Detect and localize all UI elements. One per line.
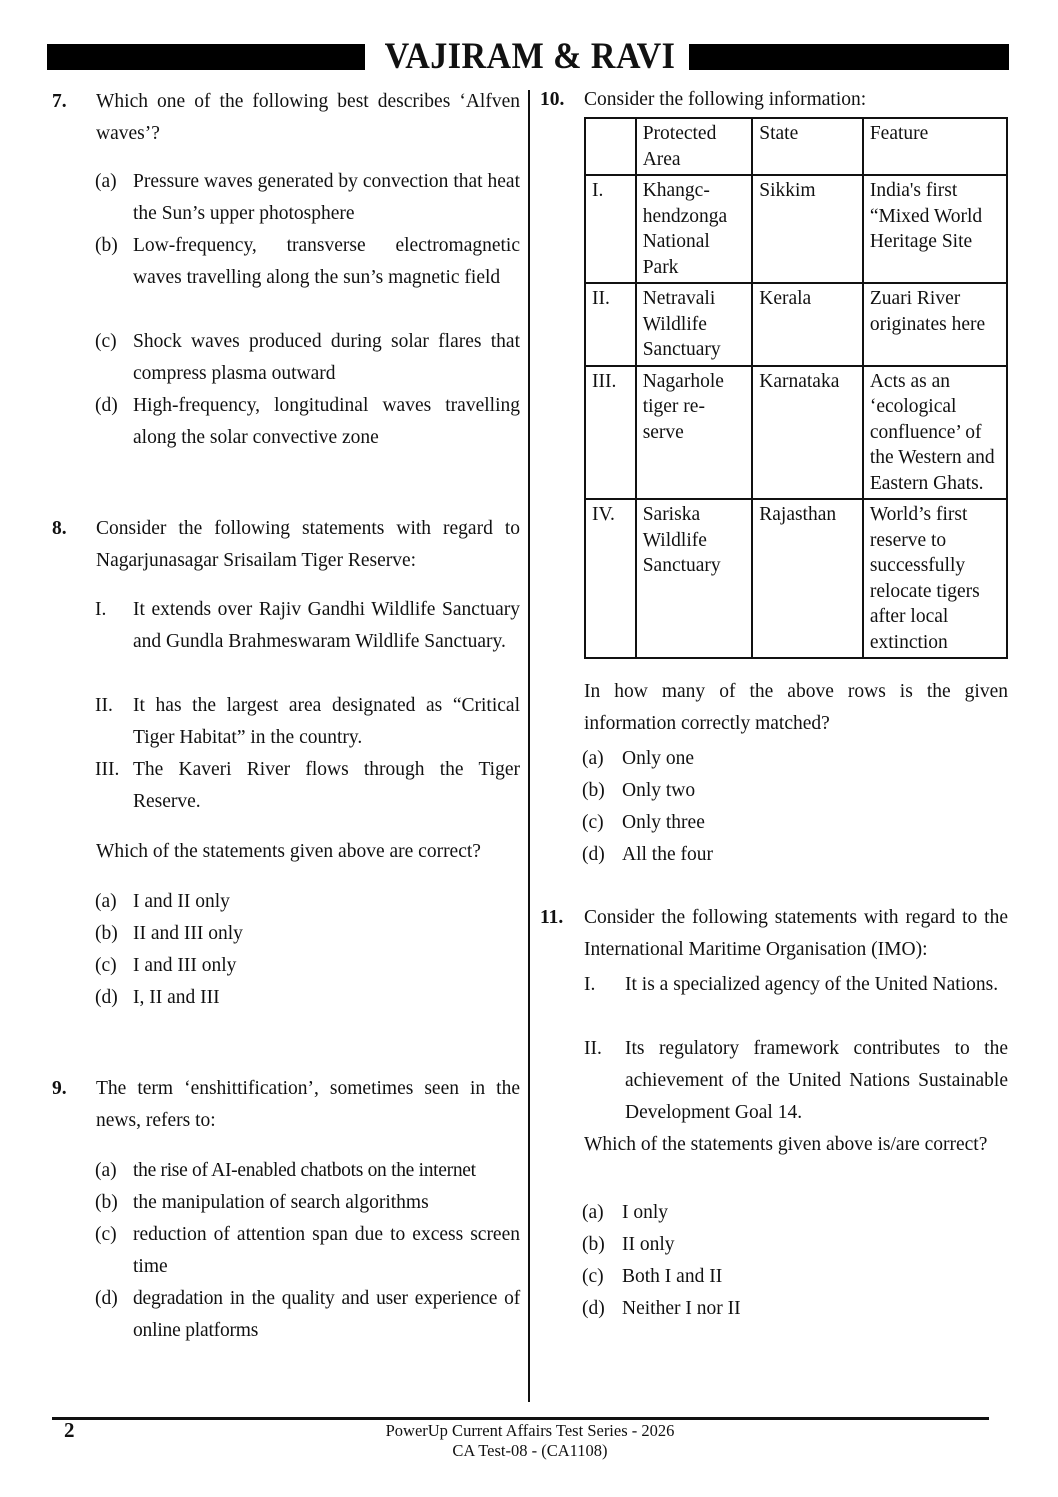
- option-label: (d): [582, 1293, 605, 1325]
- option-label: (d): [95, 1283, 118, 1315]
- option-label: (c): [95, 326, 117, 358]
- option-text: I and III only: [133, 950, 520, 982]
- option-text: Neither I nor II: [622, 1293, 1008, 1325]
- option-text: the rise of AI-enabled chatbots on the i…: [133, 1155, 520, 1187]
- option-text: I only: [622, 1197, 1008, 1229]
- table-cell: India's first “Mixed World Heritage Site: [863, 175, 1007, 283]
- question-number: 7.: [52, 86, 67, 118]
- question-stem: Which one of the following best describe…: [96, 86, 520, 150]
- option-text: I and II only: [133, 886, 520, 918]
- table-cell: Sariska Wildlife Sanctuary: [636, 499, 753, 658]
- option-text: Only one: [622, 743, 1008, 775]
- option-label: (a): [95, 1155, 117, 1187]
- question-number: 10.: [540, 84, 564, 116]
- question-prompt: Which of the statements given above is/a…: [584, 1129, 1008, 1161]
- header-bar-left: [47, 44, 365, 70]
- column-divider: [528, 90, 530, 1402]
- table-cell: IV.: [585, 499, 636, 658]
- statement-text: The Kaveri River flows through the Tiger…: [133, 754, 520, 818]
- question-prompt: In how many of the above rows is the giv…: [584, 676, 1008, 740]
- option-text: Only two: [622, 775, 1008, 807]
- table-header-row: Protected Area State Feature: [585, 118, 1007, 175]
- option-text: Only three: [622, 807, 1008, 839]
- option-text: All the four: [622, 839, 1008, 871]
- question-number: 11.: [540, 902, 563, 934]
- option-text: I, II and III: [133, 982, 520, 1014]
- table-cell: Netravali Wildlife Sanctuary: [636, 283, 753, 366]
- header-bar-right: [689, 44, 1009, 70]
- table-header-cell: [585, 118, 636, 175]
- table-header-cell: State: [752, 118, 863, 175]
- option-text: degradation in the quality and user expe…: [133, 1283, 520, 1347]
- page-header: VAJIRAM & RAVI: [47, 44, 1009, 70]
- table-cell: Nagarholetiger re-serve: [636, 366, 753, 500]
- table-cell: Karnataka: [752, 366, 863, 500]
- option-label: (a): [95, 166, 117, 198]
- question-number: 9.: [52, 1073, 67, 1105]
- protected-areas-table: Protected Area State Feature I. Khangc-h…: [584, 117, 1008, 659]
- option-text: Shock waves produced during solar flares…: [133, 326, 520, 390]
- option-label: (b): [95, 918, 118, 950]
- table-cell: Sikkim: [752, 175, 863, 283]
- table-row: IV. Sariska Wildlife Sanctuary Rajasthan…: [585, 499, 1007, 658]
- statement-label: I.: [584, 969, 595, 1001]
- footer-info: PowerUp Current Affairs Test Series - 20…: [330, 1421, 730, 1461]
- option-label: (c): [582, 1261, 604, 1293]
- option-label: (a): [95, 886, 117, 918]
- table-cell: Rajasthan: [752, 499, 863, 658]
- brand-title: VAJIRAM & RAVI: [384, 35, 677, 79]
- option-text: II and III only: [133, 918, 520, 950]
- option-label: (b): [582, 775, 605, 807]
- option-text: II only: [622, 1229, 1008, 1261]
- table-header-cell: Protected Area: [636, 118, 753, 175]
- statement-label: III.: [95, 754, 119, 786]
- statement-text: It has the largest area designated as “C…: [133, 690, 520, 754]
- option-label: (b): [95, 230, 118, 262]
- option-label: (d): [582, 839, 605, 871]
- table-cell: II.: [585, 283, 636, 366]
- question-stem: Consider the following statements with r…: [584, 902, 1008, 966]
- table-cell: Khangc-hendzongaNationalPark: [636, 175, 753, 283]
- option-label: (d): [95, 390, 118, 422]
- test-code: CA Test-08 - (CA1108): [330, 1441, 730, 1461]
- question-stem: Consider the following statements with r…: [96, 513, 520, 577]
- table-cell: World’s first reserve to successfully re…: [863, 499, 1007, 658]
- table-row: III. Nagarholetiger re-serve Karnataka A…: [585, 366, 1007, 500]
- statement-text: Its regulatory framework contributes to …: [625, 1033, 1008, 1129]
- table-cell: I.: [585, 175, 636, 283]
- question-prompt: Which of the statements given above are …: [96, 836, 520, 868]
- option-label: (a): [582, 1197, 604, 1229]
- statement-text: It is a specialized agency of the United…: [625, 969, 1008, 1001]
- option-text: Pressure waves generated by convection t…: [133, 166, 520, 230]
- option-text: reduction of attention span due to exces…: [133, 1219, 520, 1283]
- option-label: (d): [95, 982, 118, 1014]
- option-text: Low-frequency, transverse electromagneti…: [133, 230, 520, 294]
- question-stem: The term ‘enshittification’, sometimes s…: [96, 1073, 520, 1137]
- statement-label: II.: [95, 690, 113, 722]
- option-text: High-frequency, longitudinal waves trave…: [133, 390, 520, 454]
- question-stem: Consider the following information:: [584, 84, 1008, 116]
- table-cell: Acts as an ‘ecological confluence’ of th…: [863, 366, 1007, 500]
- option-label: (b): [95, 1187, 118, 1219]
- option-text: the manipulation of search algorithms: [133, 1187, 520, 1219]
- option-label: (c): [95, 950, 117, 982]
- footer-rule: [52, 1417, 989, 1420]
- page-number: 2: [64, 1418, 75, 1443]
- table-cell: Kerala: [752, 283, 863, 366]
- statement-text: It extends over Rajiv Gandhi Wildlife Sa…: [133, 594, 520, 658]
- statement-label: I.: [95, 594, 106, 626]
- option-text: Both I and II: [622, 1261, 1008, 1293]
- option-label: (c): [95, 1219, 117, 1251]
- table-cell: III.: [585, 366, 636, 500]
- table-cell: Zuari River originates here: [863, 283, 1007, 366]
- option-label: (b): [582, 1229, 605, 1261]
- option-label: (c): [582, 807, 604, 839]
- test-series-title: PowerUp Current Affairs Test Series - 20…: [330, 1421, 730, 1441]
- table-row: II. Netravali Wildlife Sanctuary Kerala …: [585, 283, 1007, 366]
- table-row: I. Khangc-hendzongaNationalPark Sikkim I…: [585, 175, 1007, 283]
- question-number: 8.: [52, 513, 67, 545]
- statement-label: II.: [584, 1033, 602, 1065]
- table-header-cell: Feature: [863, 118, 1007, 175]
- option-label: (a): [582, 743, 604, 775]
